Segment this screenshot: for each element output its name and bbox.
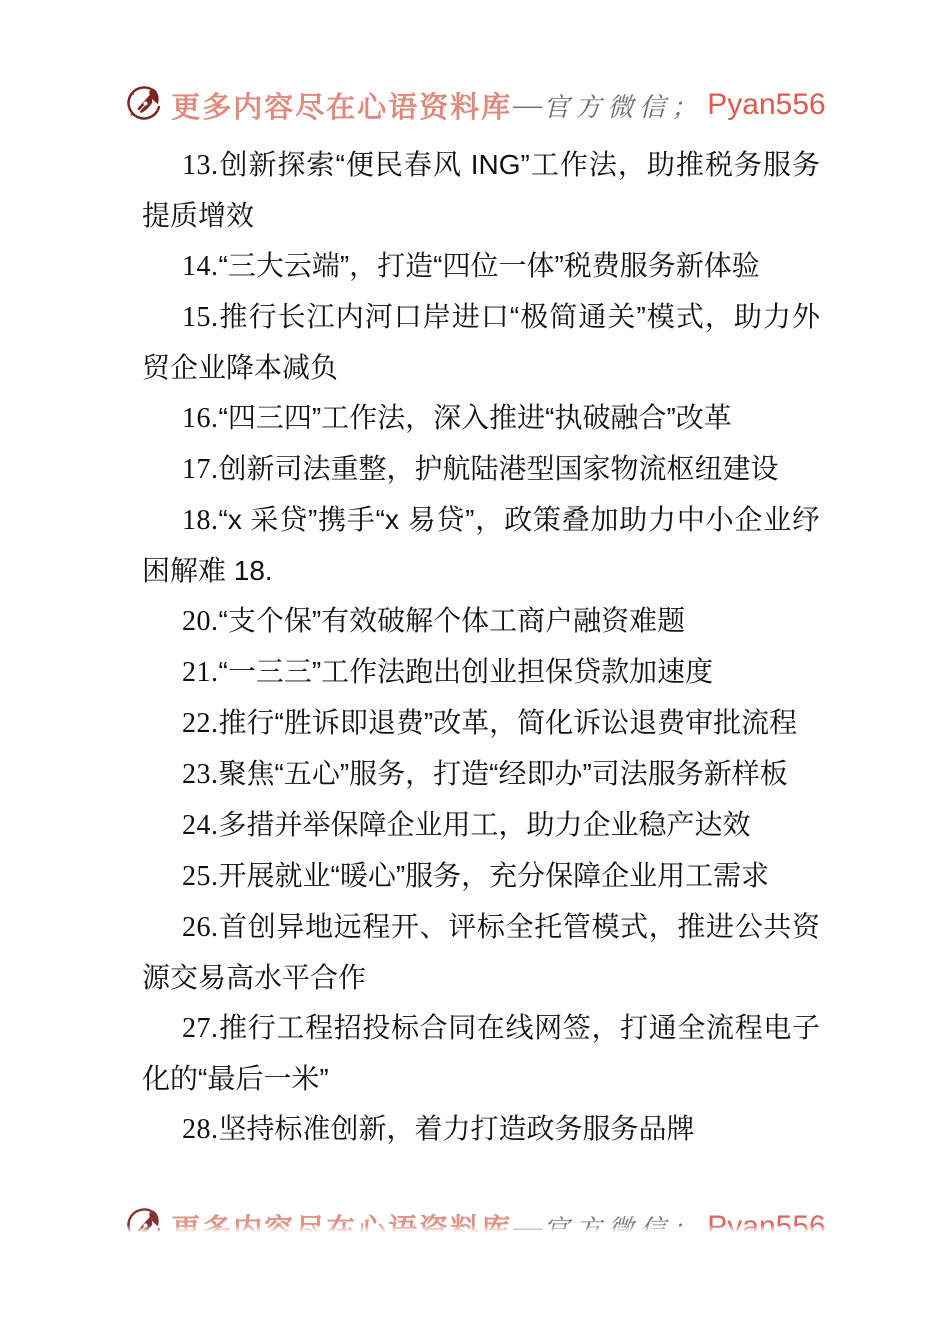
list-item: 24.多措并举保障企业用工，助力企业稳产达效	[142, 800, 820, 851]
item-number: 21.	[182, 657, 219, 688]
item-text: 首创异地远程开、评标全托管模式，推进公共资源交易高水平合作	[142, 911, 820, 993]
wechat-id: Pyan556	[707, 1210, 825, 1234]
pen-logo-icon	[124, 84, 164, 126]
list-item: 28.坚持标准创新，着力打造政务服务品牌	[142, 1104, 820, 1155]
header-watermark-inner: 更多内容尽在心语资料库 — 官方微信； Pyan556	[124, 84, 825, 126]
item-text: 坚持标准创新，着力打造政务服务品牌	[219, 1113, 695, 1144]
item-number: 26.	[182, 912, 219, 943]
list-item: 13.创新探索“便民春风 ING”工作法，助推税务服务提质增效	[142, 140, 820, 241]
item-number: 22.	[182, 708, 219, 739]
document-page: 更多内容尽在心语资料库 — 官方微信； Pyan556 13.创新探索“便民春风…	[0, 0, 950, 1344]
brand-dash: —	[513, 1211, 542, 1235]
wechat-label: 官方微信；	[543, 1209, 703, 1235]
list-item: 14.“三大云端”，打造“四位一体”税费服务新体验	[142, 241, 820, 292]
list-item: 21.“一三三”工作法跑出创业担保贷款加速度	[142, 647, 820, 698]
brand-text: 更多内容尽在心语资料库	[171, 85, 512, 126]
header-watermark: 更多内容尽在心语资料库 — 官方微信； Pyan556	[0, 82, 950, 128]
item-text: 聚焦“五心”服务，打造“经即办”司法服务新样板	[219, 758, 788, 789]
list-item: 18.“x 采贷”携手“x 易贷”，政策叠加助力中小企业纾困解难 18.	[142, 495, 820, 596]
item-number: 27.	[182, 1013, 219, 1044]
item-number: 28.	[182, 1114, 219, 1145]
footer-watermark-inner: 更多内容尽在心语资料库 — 官方微信； Pyan556	[124, 1206, 825, 1234]
item-number: 16.	[182, 403, 219, 434]
wechat-id: Pyan556	[707, 88, 825, 122]
item-text: “x 采贷”携手“x 易贷”，政策叠加助力中小企业纾困解难 18.	[142, 504, 820, 586]
item-text: “支个保”有效破解个体工商户融资难题	[219, 605, 686, 636]
item-number: 23.	[182, 759, 219, 790]
item-text: “三大云端”，打造“四位一体”税费服务新体验	[219, 250, 760, 281]
item-number: 15.	[182, 302, 219, 333]
item-number: 20.	[182, 606, 219, 637]
list-item: 20.“支个保”有效破解个体工商户融资难题	[142, 596, 820, 647]
list-item: 23.聚焦“五心”服务，打造“经即办”司法服务新样板	[142, 749, 820, 800]
list-item: 25.开展就业“暖心”服务，充分保障企业用工需求	[142, 851, 820, 902]
item-text: 推行长江内河口岸进口“极简通关”模式，助力外贸企业降本减负	[142, 301, 820, 383]
item-text: 开展就业“暖心”服务，充分保障企业用工需求	[219, 860, 770, 891]
item-number: 18.	[182, 505, 219, 536]
item-text: 多措并举保障企业用工，助力企业稳产达效	[219, 809, 751, 840]
pen-logo-icon	[124, 1206, 164, 1234]
list-content: 13.创新探索“便民春风 ING”工作法，助推税务服务提质增效 14.“三大云端…	[142, 140, 820, 1155]
item-number: 14.	[182, 251, 219, 282]
item-text: “一三三”工作法跑出创业担保贷款加速度	[219, 656, 714, 687]
list-item: 22.推行“胜诉即退费”改革，简化诉讼退费审批流程	[142, 698, 820, 749]
item-text: “四三四”工作法，深入推进“执破融合”改革	[219, 402, 732, 433]
brand-dash: —	[513, 89, 542, 122]
item-number: 13.	[182, 150, 219, 181]
list-item: 17.创新司法重整，护航陆港型国家物流枢纽建设	[142, 444, 820, 495]
list-item: 26.首创异地远程开、评标全托管模式，推进公共资源交易高水平合作	[142, 902, 820, 1003]
item-number: 25.	[182, 861, 219, 892]
item-text: 创新司法重整，护航陆港型国家物流枢纽建设	[219, 453, 779, 484]
item-text: 推行工程招投标合同在线网签，打通全流程电子化的“最后一米”	[142, 1012, 820, 1094]
item-text: 推行“胜诉即退费”改革，简化诉讼退费审批流程	[219, 707, 798, 738]
list-item: 15.推行长江内河口岸进口“极简通关”模式，助力外贸企业降本减负	[142, 292, 820, 393]
brand-text: 更多内容尽在心语资料库	[171, 1207, 512, 1235]
list-item: 16.“四三四”工作法，深入推进“执破融合”改革	[142, 393, 820, 444]
footer-watermark: 更多内容尽在心语资料库 — 官方微信； Pyan556	[0, 1204, 950, 1234]
wechat-label: 官方微信；	[543, 87, 703, 124]
list-item: 27.推行工程招投标合同在线网签，打通全流程电子化的“最后一米”	[142, 1003, 820, 1104]
item-number: 24.	[182, 810, 219, 841]
item-number: 17.	[182, 454, 219, 485]
item-text: 创新探索“便民春风 ING”工作法，助推税务服务提质增效	[142, 149, 820, 231]
